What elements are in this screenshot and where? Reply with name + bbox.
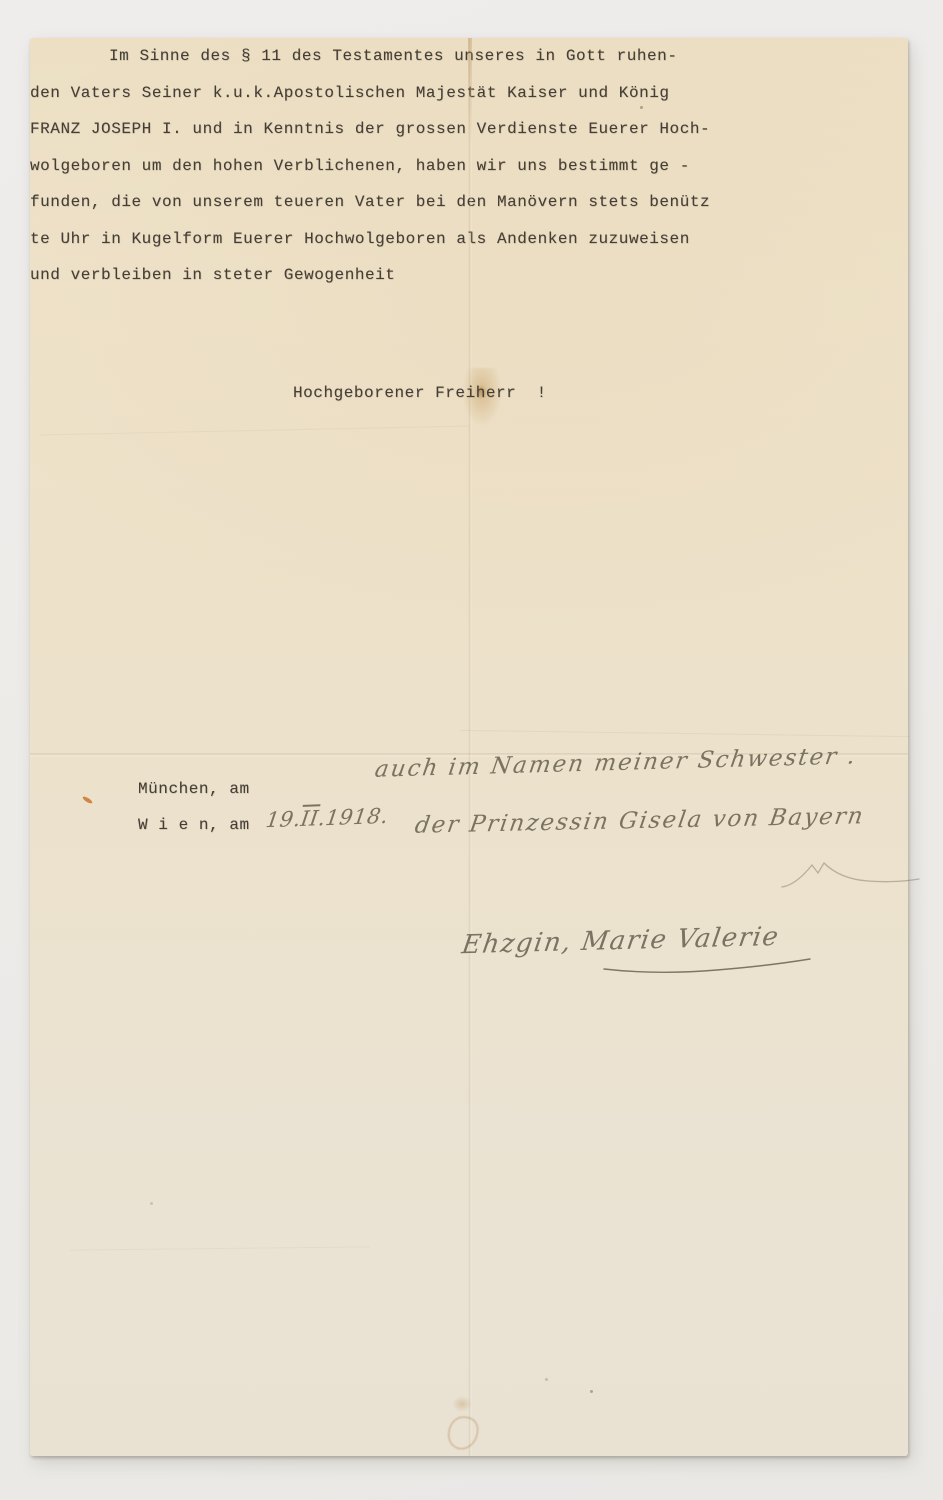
place-line-munich: München, am [138,780,250,798]
body-line: Im Sinne des § 11 des Testamentes unsere… [30,38,742,75]
signature-underline-flourish [602,956,814,978]
paper-speck [640,106,643,109]
paper-crease [460,730,910,737]
date-day: 19. [264,807,302,832]
letter-paper: Hochgeborener Freiherr ! Im Sinne des § … [30,38,908,1456]
date-year: .1918. [317,804,390,831]
body-line: FRANZ JOSEPH I. und in Kenntnis der gros… [30,111,742,148]
photo-of-letter: { "letter": { "salutation": "Hochgeboren… [0,0,943,1500]
paper-speck [545,1378,548,1381]
bottom-edge-stain [445,1413,481,1452]
body-line: funden, die von unserem teueren Vater be… [30,184,742,221]
pencil-mark [778,853,923,895]
paper-crease [40,425,470,435]
place-line-wien: W i e n, am [138,816,250,834]
body-line: te Uhr in Kugelform Euerer Hochwolgebore… [30,221,742,258]
paper-speck [150,1202,153,1205]
paper-crease [70,1246,370,1250]
salutation: Hochgeborener Freiherr ! [293,384,547,402]
letter-body: Im Sinne des § 11 des Testamentes unsere… [30,38,742,294]
paper-speck [590,1390,593,1393]
handwritten-date: 19.II.1918. [266,804,389,832]
body-line: wolgeboren um den hohen Verblichenen, ha… [30,148,742,185]
body-line: und verbleiben in steter Gewogenheit [30,257,742,294]
body-line: den Vaters Seiner k.u.k.Apostolischen Ma… [30,75,742,112]
signature: Ehzgin, Marie Valerie [462,922,780,960]
handwritten-note-line2: der Prinzessin Gisela von Bayern [415,803,865,838]
orange-fleck [82,795,93,804]
handwritten-note-line1: auch im Namen meiner Schwester . [375,743,857,782]
vertical-fold-line [468,38,472,1456]
